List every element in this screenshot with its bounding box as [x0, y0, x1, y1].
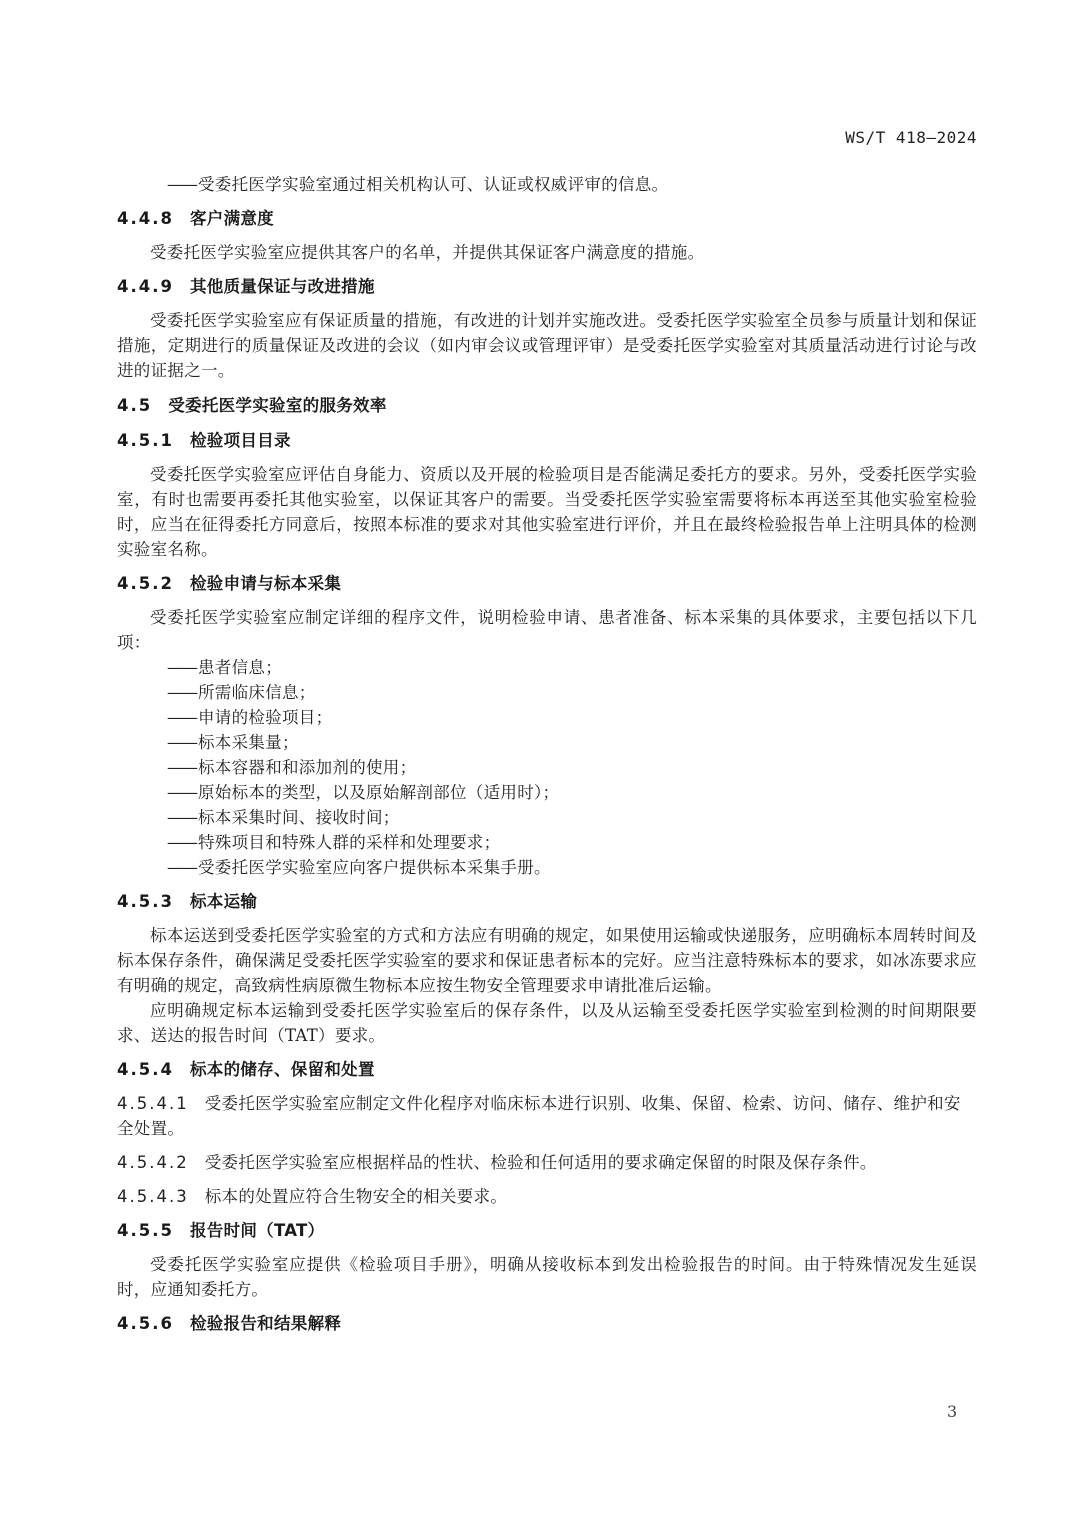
section-heading-4-5-5: 4.5.5报告时间（TAT） [117, 1218, 977, 1243]
list-item: 标本采集时间、接收时间； [117, 805, 977, 830]
list-item: 原始标本的类型，以及原始解剖部位（适用时）； [117, 780, 977, 805]
page-content: 受委托医学实验室通过相关机构认可、认证或权威评审的信息。 4.4.8客户满意度 … [117, 172, 977, 1336]
list-item: 所需临床信息； [117, 680, 977, 705]
section-heading-4-4-8: 4.4.8客户满意度 [117, 206, 977, 231]
section-heading-4-5-4: 4.5.4标本的储存、保留和处置 [117, 1057, 977, 1082]
list-item: 受委托医学实验室通过相关机构认可、认证或权威评审的信息。 [117, 172, 977, 197]
paragraph: 受委托医学实验室应提供其客户的名单，并提供其保证客户满意度的措施。 [117, 240, 977, 265]
section-heading-4-5-6: 4.5.6检验报告和结果解释 [117, 1311, 977, 1336]
requirement-list: 患者信息； 所需临床信息； 申请的检验项目； 标本采集量； 标本容器和和添加剂的… [117, 655, 977, 880]
list-item: 标本容器和和添加剂的使用； [117, 755, 977, 780]
clause-4-5-4-2: 4.5.4.2受委托医学实验室应根据样品的性状、检验和任何适用的要求确定保留的时… [117, 1150, 977, 1175]
paragraph: 受委托医学实验室应评估自身能力、资质以及开展的检验项目是否能满足委托方的要求。另… [117, 462, 977, 562]
list-item: 标本采集量； [117, 730, 977, 755]
section-heading-4-5-3: 4.5.3标本运输 [117, 889, 977, 914]
standard-code: WS/T 418—2024 [845, 128, 977, 147]
paragraph: 受委托医学实验室应有保证质量的措施，有改进的计划并实施改进。受委托医学实验室全员… [117, 308, 977, 383]
list-item: 特殊项目和特殊人群的采样和处理要求； [117, 830, 977, 855]
list-item: 患者信息； [117, 655, 977, 680]
paragraph: 受委托医学实验室应提供《检验项目手册》，明确从接收标本到发出检验报告的时间。由于… [117, 1252, 977, 1302]
document-page: WS/T 418—2024 受委托医学实验室通过相关机构认可、认证或权威评审的信… [0, 0, 1080, 1527]
clause-4-5-4-1: 4.5.4.1受委托医学实验室应制定文件化程序对临床标本进行识别、收集、保留、检… [117, 1091, 977, 1141]
list-item: 受委托医学实验室应向客户提供标本采集手册。 [117, 855, 977, 880]
paragraph: 应明确规定标本运输到受委托医学实验室后的保存条件，以及从运输至受委托医学实验室到… [117, 998, 977, 1048]
section-heading-4-5: 4.5受委托医学实验室的服务效率 [117, 393, 977, 418]
section-heading-4-4-9: 4.4.9其他质量保证与改进措施 [117, 274, 977, 299]
paragraph: 受委托医学实验室应制定详细的程序文件，说明检验申请、患者准备、标本采集的具体要求… [117, 605, 977, 655]
page-number: 3 [947, 1402, 957, 1421]
section-heading-4-5-2: 4.5.2检验申请与标本采集 [117, 571, 977, 596]
section-heading-4-5-1: 4.5.1检验项目目录 [117, 428, 977, 453]
paragraph: 标本运送到受委托医学实验室的方式和方法应有明确的规定，如果使用运输或快递服务，应… [117, 923, 977, 998]
list-item: 申请的检验项目； [117, 705, 977, 730]
clause-4-5-4-3: 4.5.4.3标本的处置应符合生物安全的相关要求。 [117, 1184, 977, 1209]
